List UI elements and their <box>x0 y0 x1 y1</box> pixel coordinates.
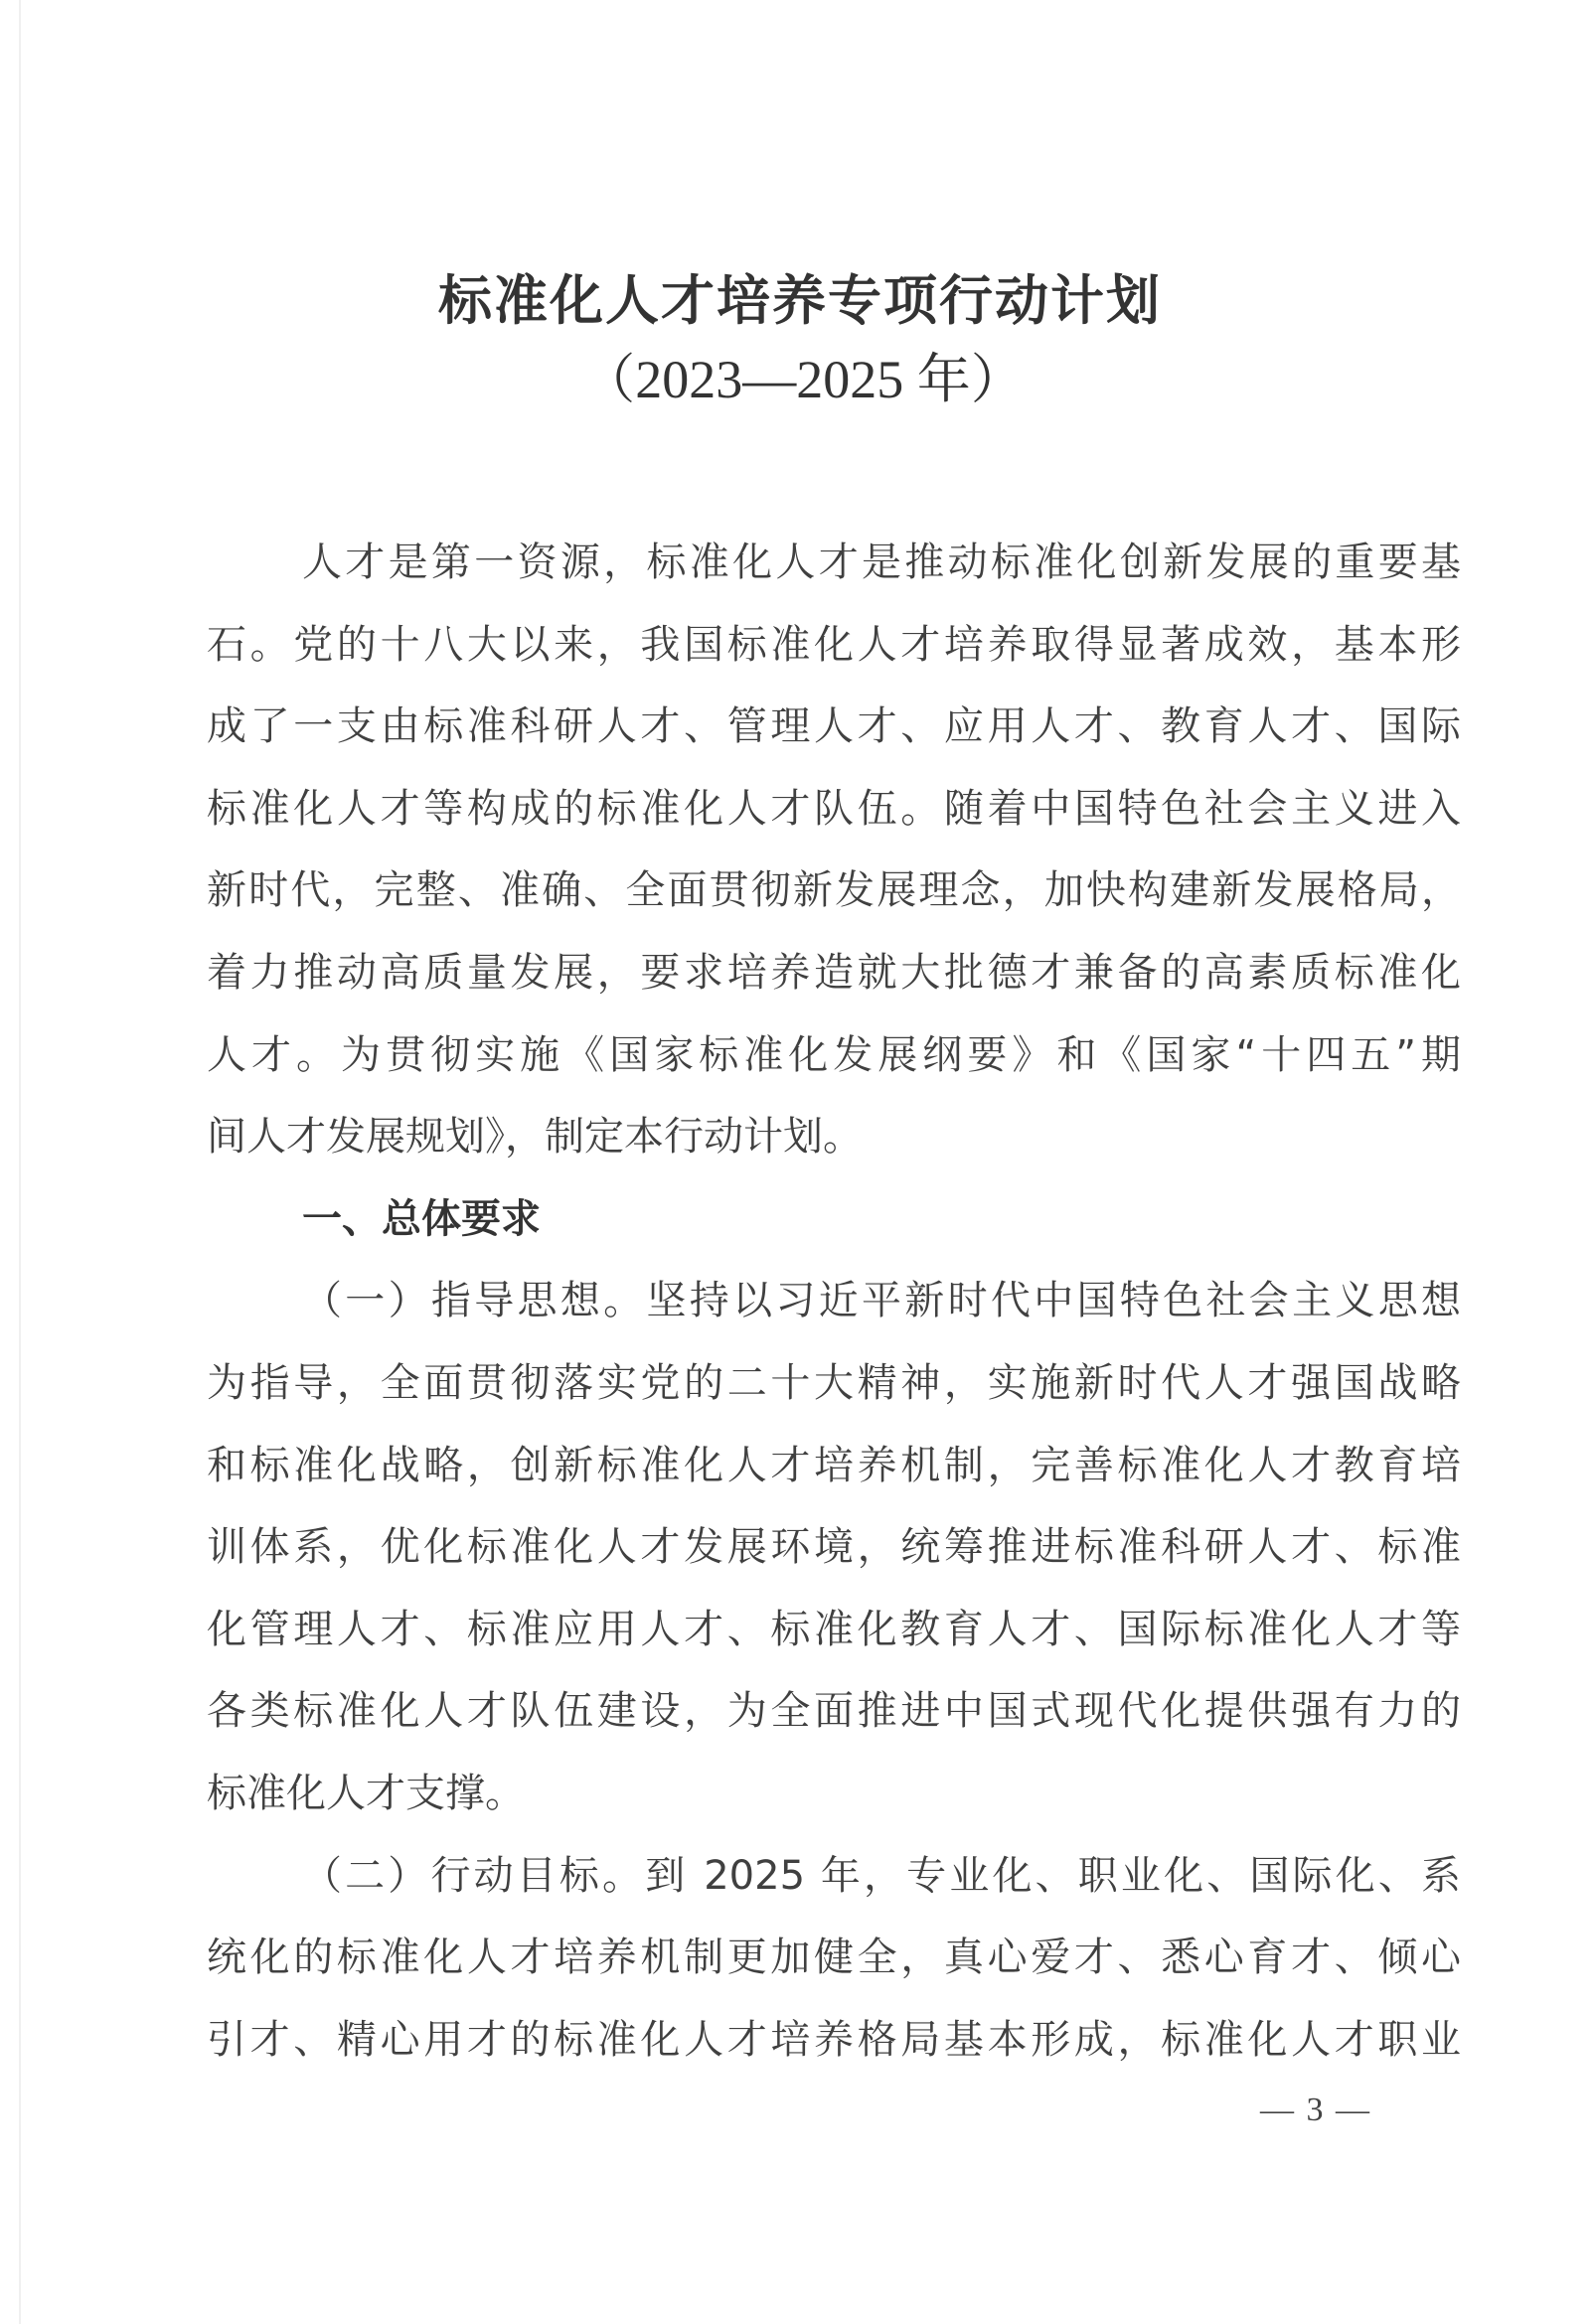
paragraph-line: 间人才发展规划》，制定本行动计划。 <box>207 1096 1461 1178</box>
paragraph-line: 着力推动高质量发展，要求培养造就大批德才兼备的高素质标准化 <box>207 932 1461 1014</box>
paragraph-line: 化管理人才、标准应用人才、标准化教育人才、国际标准化人才等 <box>207 1589 1461 1671</box>
paragraph-line: 成了一支由标准科研人才、管理人才、应用人才、教育人才、国际 <box>207 686 1461 768</box>
document-title: 标准化人才培养专项行动计划 <box>0 266 1596 334</box>
title-block: 标准化人才培养专项行动计划 （2023—2025 年） <box>0 266 1596 415</box>
paragraph-line: 训体系，优化标准化人才发展环境，统筹推进标准科研人才、标准 <box>207 1506 1461 1589</box>
page-number: — 3 — <box>1260 2092 1371 2129</box>
paragraph-line: 标准化人才等构成的标准化人才队伍。随着中国特色社会主义进入 <box>207 768 1461 851</box>
paragraph-line: 和标准化战略，创新标准化人才培养机制，完善标准化人才教育培 <box>207 1425 1461 1507</box>
paragraph-line: 统化的标准化人才培养机制更加健全，真心爱才、悉心育才、倾心 <box>207 1917 1461 1999</box>
paragraph-line: 新时代，完整、准确、全面贯彻新发展理念，加快构建新发展格局， <box>207 850 1461 932</box>
document-subtitle: （2023—2025 年） <box>0 344 1596 415</box>
document-body: 人才是第一资源，标准化人才是推动标准化创新发展的重要基 石。党的十八大以来，我国… <box>207 522 1461 2081</box>
paragraph-line: 各类标准化人才队伍建设，为全面推进中国式现代化提供强有力的 <box>207 1670 1461 1753</box>
paragraph-line: 人才。为贯彻实施《国家标准化发展纲要》和《国家“十四五”期 <box>207 1014 1461 1097</box>
paragraph-line: 标准化人才支撑。 <box>207 1753 1461 1835</box>
paragraph-line: （二）行动目标。到 2025 年，专业化、职业化、国际化、系 <box>207 1835 1461 1918</box>
paragraph-line: （一）指导思想。坚持以习近平新时代中国特色社会主义思想 <box>207 1260 1461 1342</box>
paragraph-line: 石。党的十八大以来，我国标准化人才培养取得显著成效，基本形 <box>207 604 1461 687</box>
paragraph-line: 人才是第一资源，标准化人才是推动标准化创新发展的重要基 <box>207 522 1461 604</box>
section-heading: 一、总体要求 <box>207 1178 1461 1261</box>
paragraph-line: 为指导，全面贯彻落实党的二十大精神，实施新时代人才强国战略 <box>207 1342 1461 1425</box>
paragraph-line: 引才、精心用才的标准化人才培养格局基本形成，标准化人才职业 <box>207 1999 1461 2082</box>
